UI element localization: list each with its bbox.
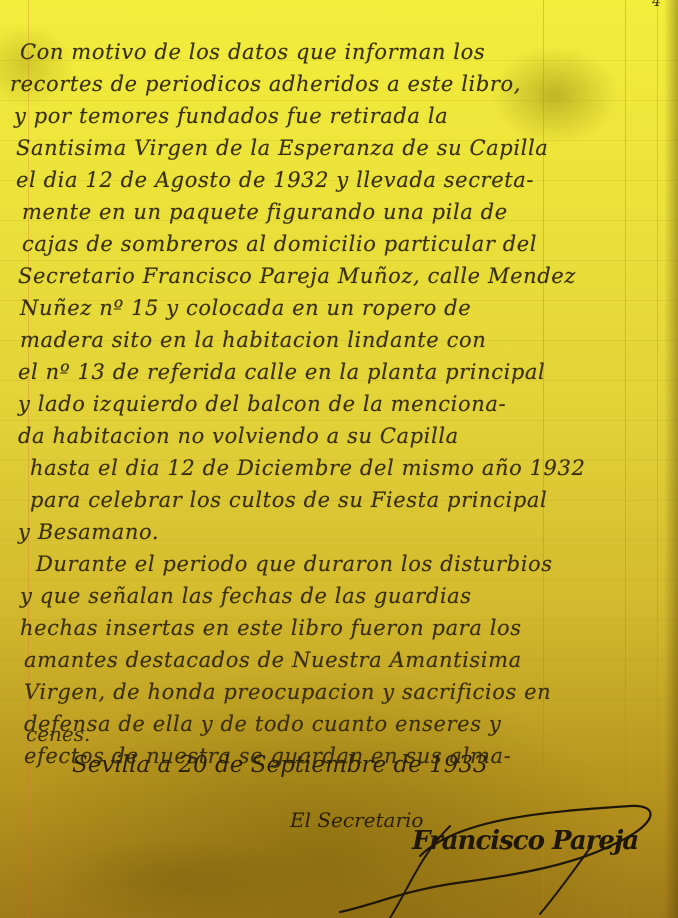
place-and-date: Sevilla a 20 de Septiembre de 1933 (72, 752, 488, 778)
body-line: amantes destacados de Nuestra Amantisima (24, 648, 522, 672)
margin-line-right-3 (657, 0, 658, 918)
body-line: da habitacion no volviendo a su Capilla (18, 424, 459, 448)
page-edge-shadow (664, 0, 678, 918)
body-line: el nº 13 de referida calle en la planta … (18, 360, 545, 384)
page-number-fragment: 4 (652, 0, 661, 10)
body-line: Santisima Virgen de la Esperanza de su C… (16, 136, 548, 160)
body-line: y Besamano. (18, 520, 159, 544)
body-line: madera sito en la habitacion lindante co… (20, 328, 486, 352)
signature: Francisco Pareja (412, 826, 638, 856)
body-line: Virgen, de honda preocupacion y sacrific… (24, 680, 551, 704)
body-line: mente en un paquete figurando una pila d… (22, 200, 508, 224)
body-line: el dia 12 de Agosto de 1932 y llevada se… (16, 168, 534, 192)
body-line: para celebrar los cultos de su Fiesta pr… (30, 488, 547, 512)
body-line: Nuñez nº 15 y colocada en un ropero de (20, 296, 471, 320)
margin-line-right-2 (625, 0, 626, 918)
ruled-line (0, 420, 678, 421)
ruled-line (0, 580, 678, 581)
body-line: Durante el periodo que duraron los distu… (36, 552, 553, 576)
signature-flourish-icon (330, 796, 670, 918)
ruled-line (0, 260, 678, 261)
body-line: defensa de ella y de todo cuanto enseres… (24, 712, 501, 736)
document-page: 4 Con motivo de los datos que informan l… (0, 0, 678, 918)
body-line: Secretario Francisco Pareja Muñoz, calle… (18, 264, 576, 288)
body-line: y lado izquierdo del balcon de la mencio… (18, 392, 506, 416)
ruled-line (0, 100, 678, 101)
body-line: recortes de periodicos adheridos a este … (10, 72, 521, 96)
body-line: hechas insertas en este libro fueron par… (20, 616, 522, 640)
body-line: y que señalan las fechas de las guardias (20, 584, 472, 608)
body-line: y por temores fundados fue retirada la (14, 104, 448, 128)
ruled-line (0, 740, 678, 741)
body-line: cajas de sombreros al domicilio particul… (22, 232, 537, 256)
body-line-final: cenes. (26, 722, 90, 746)
body-line: Con motivo de los datos que informan los (20, 40, 485, 64)
body-line: hasta el dia 12 de Diciembre del mismo a… (30, 456, 585, 480)
